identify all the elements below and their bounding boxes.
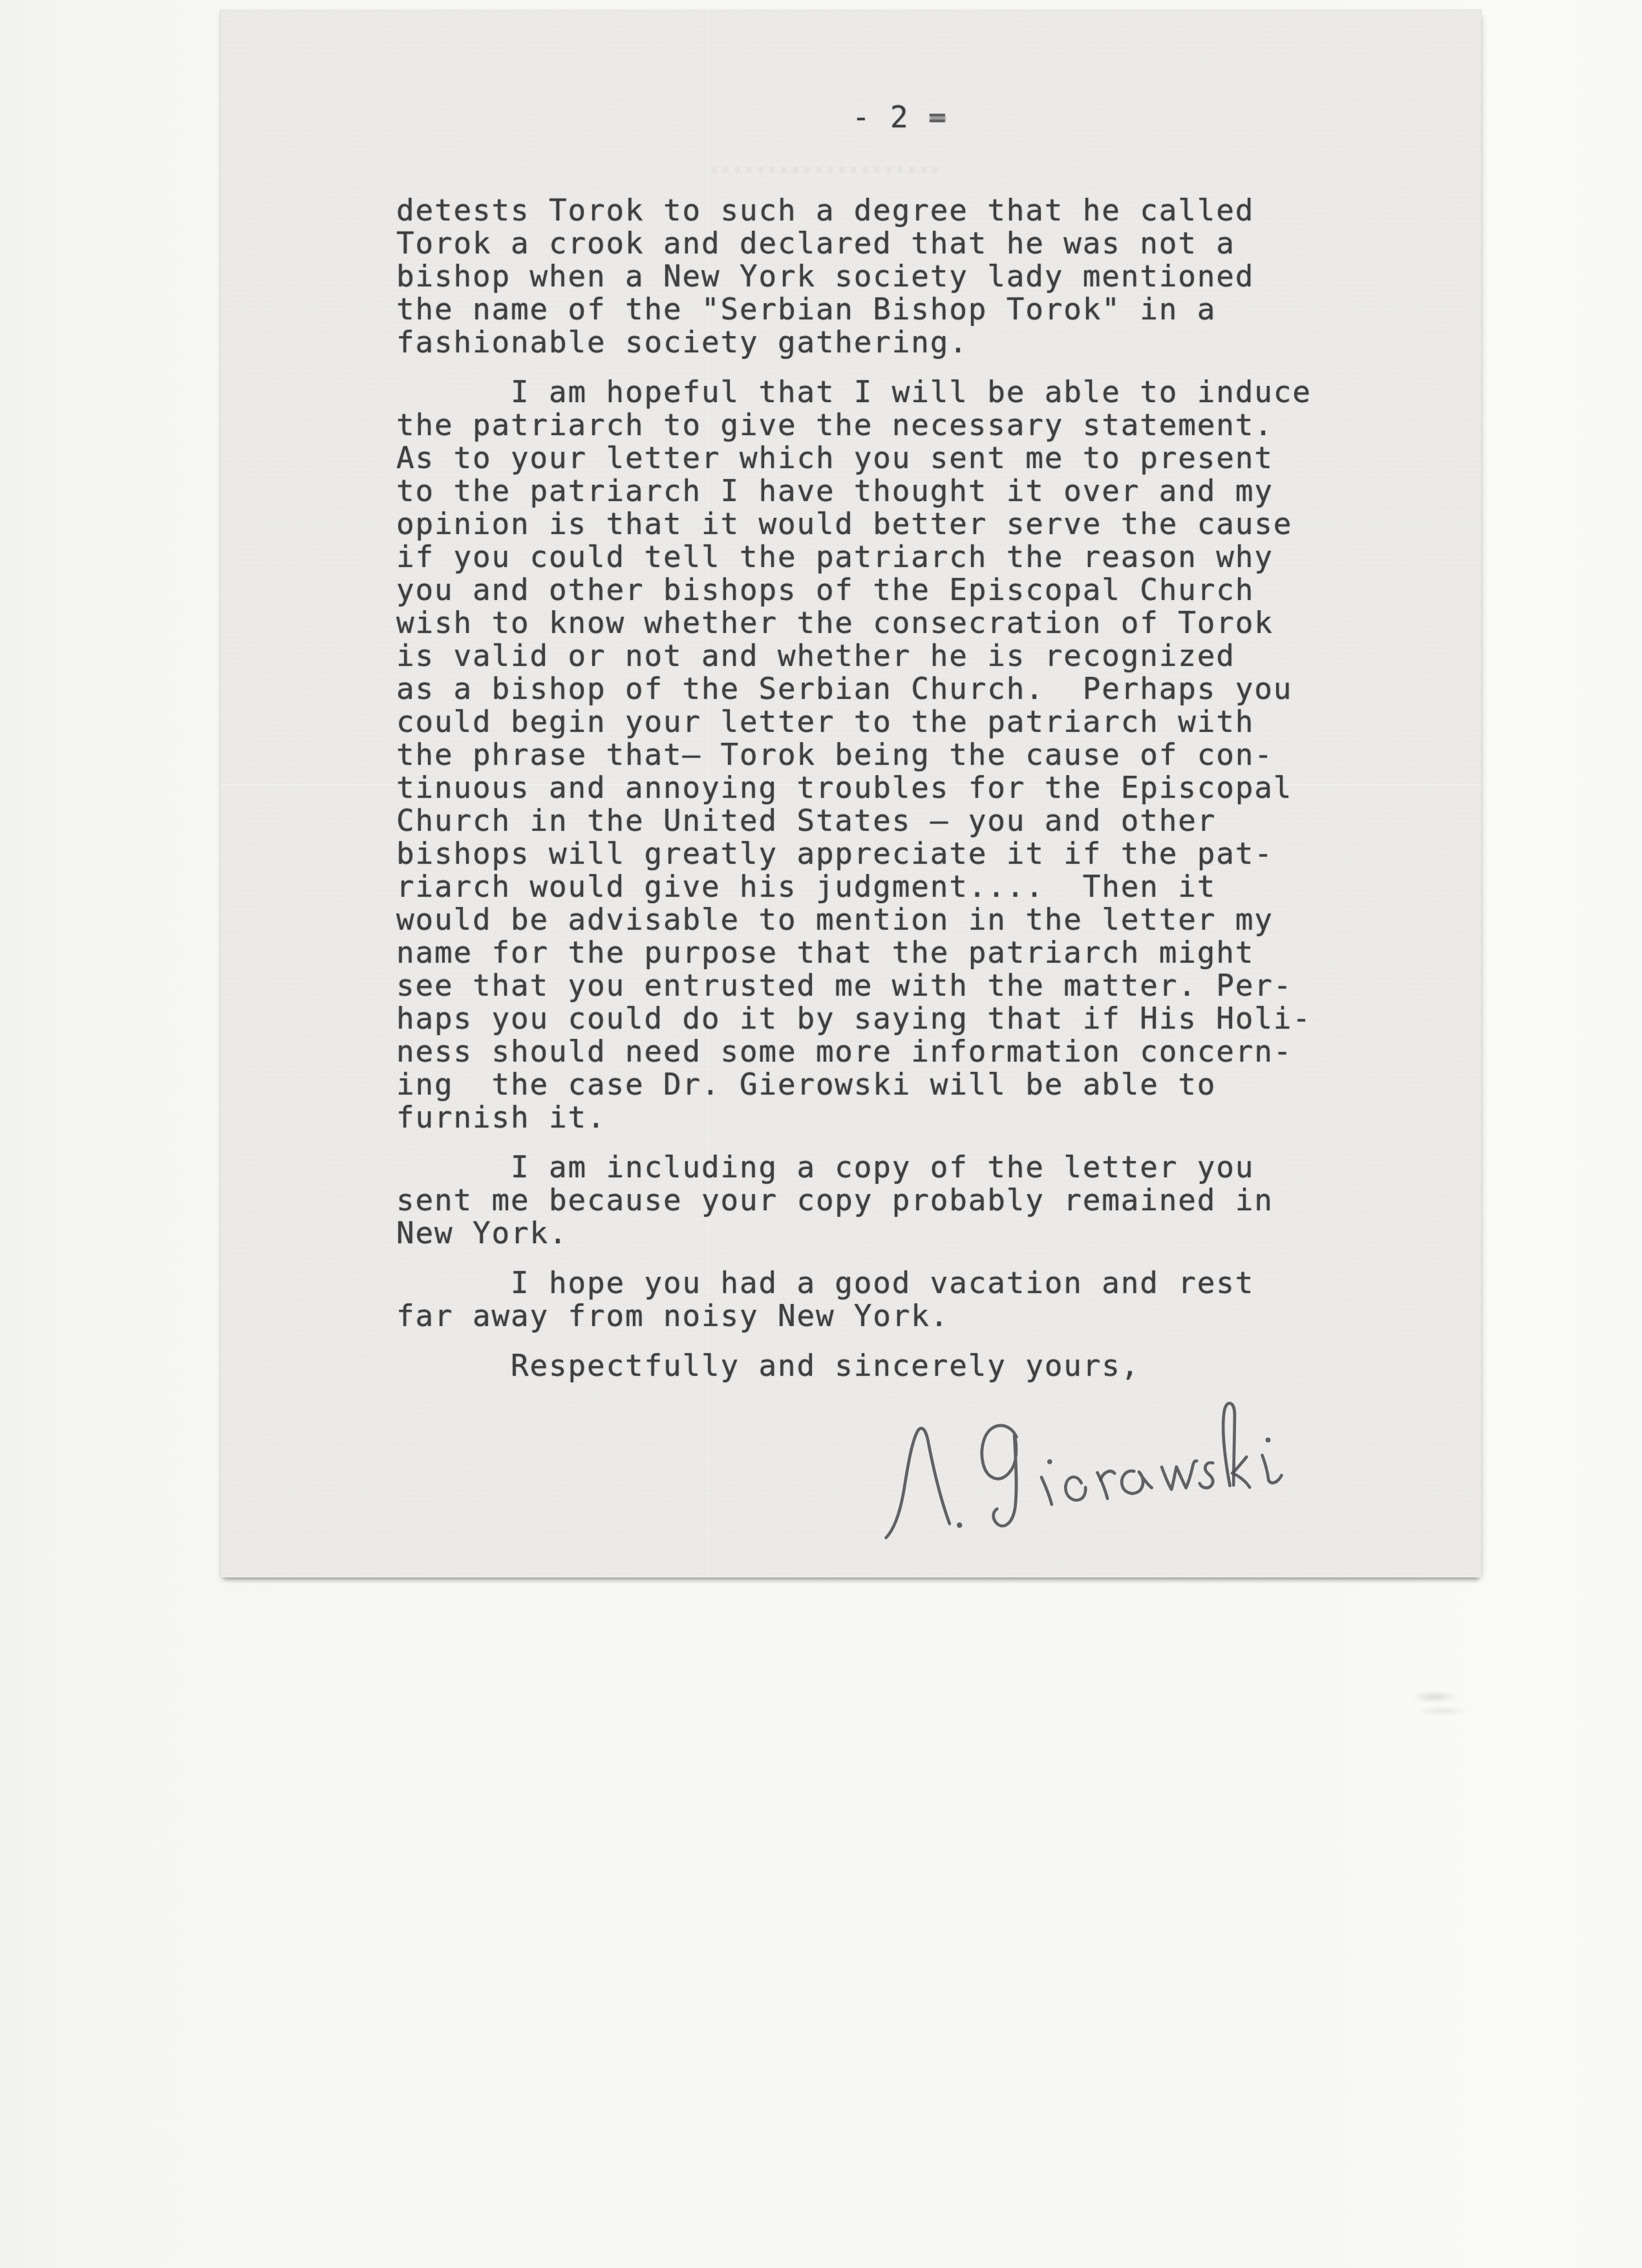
letter-paper: - 2 = detests Torok to such a degree tha… <box>220 9 1482 1578</box>
paragraph-4: I hope you had a good vacation and rest … <box>396 1267 1340 1332</box>
page-number-overstrike: = <box>928 100 948 134</box>
background-smudge <box>1413 1686 1467 1722</box>
page-number: - 2 = <box>738 65 947 169</box>
scanned-letter-page: - 2 = detests Torok to such a degree tha… <box>0 0 1642 2268</box>
signature <box>867 1384 1294 1532</box>
paragraph-2: I am hopeful that I will be able to indu… <box>396 376 1340 1134</box>
paragraph-3: I am including a copy of the letter you … <box>396 1151 1340 1250</box>
page-number-text: - 2 <box>852 100 928 134</box>
closing-line: Respectfully and sincerely yours, <box>396 1349 1340 1382</box>
letter-body: detests Torok to such a degree that he c… <box>396 194 1340 1399</box>
paragraph-1: detests Torok to such a degree that he c… <box>396 194 1340 359</box>
